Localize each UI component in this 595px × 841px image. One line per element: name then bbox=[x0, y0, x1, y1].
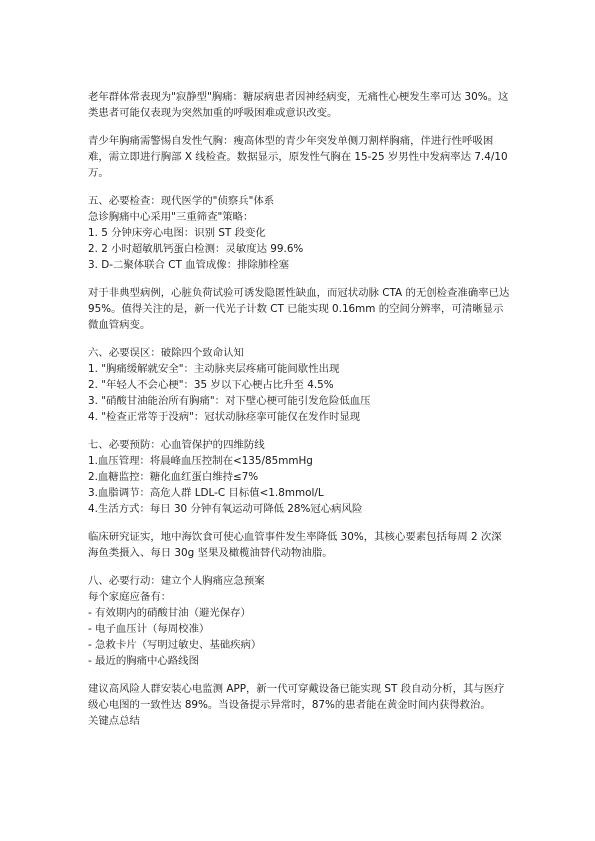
list-item: 1. "胸痛缓解就安全"：主动脉夹层疼痛可能间歇性出现 bbox=[88, 361, 512, 377]
list-item: 4. "检查正常等于没病"：冠状动脉痉挛可能仅在发作时显现 bbox=[88, 409, 512, 425]
list-item: 1. 5 分钟床旁心电图：识别 ST 段变化 bbox=[88, 225, 512, 241]
paragraph-elderly-chest-pain: 老年群体常表现为"寂静型"胸痛：糖尿病患者因神经病变，无痛性心梗发生率可达 30… bbox=[88, 89, 512, 121]
section-8-action-plan: 八、必要行动：建立个人胸痛应急预案 每个家庭应备有： - 有效期内的硝酸甘油（避… bbox=[88, 573, 512, 669]
paragraph-text: 对于非典型病例，心脏负荷试验可诱发隐匿性缺血，而冠状动脉 CTA 的无创检查准确… bbox=[88, 285, 512, 333]
section-heading: 八、必要行动：建立个人胸痛应急预案 bbox=[88, 573, 512, 589]
section-6-misconceptions: 六、必要误区：破除四个致命认知 1. "胸痛缓解就安全"：主动脉夹层疼痛可能间歇… bbox=[88, 345, 512, 425]
paragraph-text: 临床研究证实，地中海饮食可使心血管事件发生率降低 30%，其核心要素包括每周 2… bbox=[88, 529, 512, 561]
list-item: - 有效期内的硝酸甘油（避光保存） bbox=[88, 605, 512, 621]
paragraph-wearable-monitoring: 建议高风险人群安装心电监测 APP，新一代可穿戴设备已能实现 ST 段自动分析，… bbox=[88, 681, 512, 729]
list-item: 1.血压管理：将晨峰血压控制在<135/85mmHg bbox=[88, 453, 512, 469]
section-heading: 五、必要检查：现代医学的"侦察兵"体系 bbox=[88, 193, 512, 209]
section-7-prevention: 七、必要预防：心血管保护的四维防线 1.血压管理：将晨峰血压控制在<135/85… bbox=[88, 437, 512, 517]
paragraph-youth-pneumothorax: 青少年胸痛需警惕自发性气胸：瘦高体型的青少年突发单侧刀割样胸痛，伴进行性呼吸困难… bbox=[88, 133, 512, 181]
list-item: - 急救卡片（写明过敏史、基础疾病） bbox=[88, 637, 512, 653]
list-item: 3. "硝酸甘油能治所有胸痛"：对下壁心梗可能引发危险低血压 bbox=[88, 393, 512, 409]
list-item: 2. "年轻人不会心梗"：35 岁以下心梗占比升至 4.5% bbox=[88, 377, 512, 393]
document-page: 老年群体常表现为"寂静型"胸痛：糖尿病患者因神经病变，无痛性心梗发生率可达 30… bbox=[88, 89, 512, 729]
list-item: - 最近的胸痛中心路线图 bbox=[88, 653, 512, 669]
list-item: 2.血糖监控：糖化血红蛋白维持≤7% bbox=[88, 469, 512, 485]
list-item: 4.生活方式：每日 30 分钟有氧运动可降低 28%冠心病风险 bbox=[88, 501, 512, 517]
paragraph-mediterranean-diet: 临床研究证实，地中海饮食可使心血管事件发生率降低 30%，其核心要素包括每周 2… bbox=[88, 529, 512, 561]
summary-heading: 关键点总结 bbox=[88, 713, 512, 729]
section-intro: 每个家庭应备有： bbox=[88, 589, 512, 605]
section-intro: 急诊胸痛中心采用"三重筛查"策略： bbox=[88, 209, 512, 225]
paragraph-text: 建议高风险人群安装心电监测 APP，新一代可穿戴设备已能实现 ST 段自动分析，… bbox=[88, 681, 512, 713]
list-item: 2. 2 小时超敏肌钙蛋白检测：灵敏度达 99.6% bbox=[88, 241, 512, 257]
list-item: - 电子血压计（每周校准） bbox=[88, 621, 512, 637]
paragraph-cta-imaging: 对于非典型病例，心脏负荷试验可诱发隐匿性缺血，而冠状动脉 CTA 的无创检查准确… bbox=[88, 285, 512, 333]
list-item: 3.血脂调节：高危人群 LDL-C 目标值<1.8mmol/L bbox=[88, 485, 512, 501]
section-heading: 七、必要预防：心血管保护的四维防线 bbox=[88, 437, 512, 453]
list-item: 3. D-二聚体联合 CT 血管成像：排除肺栓塞 bbox=[88, 257, 512, 273]
section-heading: 六、必要误区：破除四个致命认知 bbox=[88, 345, 512, 361]
section-5-examinations: 五、必要检查：现代医学的"侦察兵"体系 急诊胸痛中心采用"三重筛查"策略： 1.… bbox=[88, 193, 512, 273]
paragraph-text: 老年群体常表现为"寂静型"胸痛：糖尿病患者因神经病变，无痛性心梗发生率可达 30… bbox=[88, 89, 512, 121]
paragraph-text: 青少年胸痛需警惕自发性气胸：瘦高体型的青少年突发单侧刀割样胸痛，伴进行性呼吸困难… bbox=[88, 133, 512, 181]
